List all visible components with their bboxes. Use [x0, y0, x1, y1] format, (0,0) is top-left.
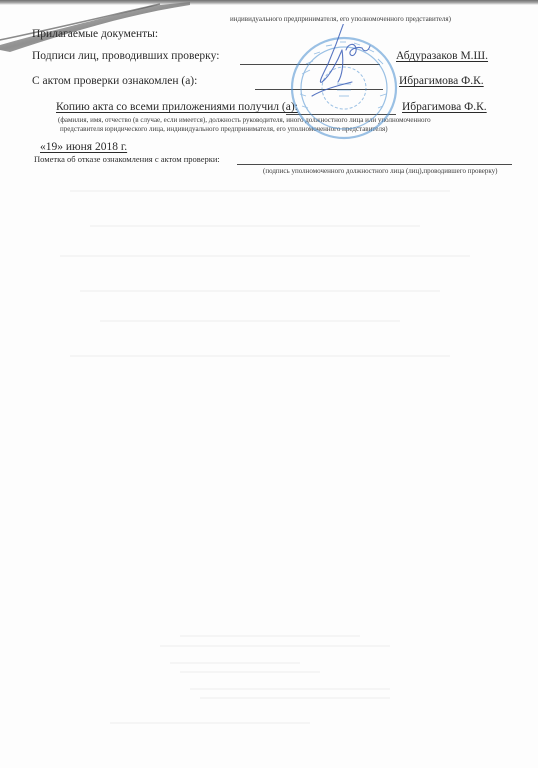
acquainted-name: Ибрагимова Ф.К.: [399, 75, 484, 87]
signature-line: [286, 114, 396, 115]
scan-top-edge: [0, 0, 538, 5]
acquainted-label: С актом проверки ознакомлен (а):: [32, 75, 197, 87]
header-caption: индивидуального предпринимателя, его упо…: [230, 15, 451, 23]
inspector-name: Абдуразаков М.Ш.: [396, 50, 488, 62]
refusal-caption: (подпись уполномоченного должностного ли…: [263, 167, 497, 175]
received-caption-line1: (фамилия, имя, отчество (в случае, если …: [58, 116, 431, 124]
received-caption-line2: представителя юридического лица, индивид…: [60, 125, 388, 133]
document-date: «19» июня 2018 г.: [40, 141, 127, 153]
received-copy-label: Копию акта со всеми приложениями получил…: [56, 101, 298, 113]
signature-line: [255, 89, 383, 90]
received-copy-name: Ибрагимова Ф.К.: [402, 101, 487, 113]
signature-line: [240, 64, 380, 65]
refusal-label: Пометка об отказе ознакомления с актом п…: [34, 154, 220, 164]
refusal-signature-line: [237, 164, 512, 165]
attached-documents-label: Прилагаемые документы:: [32, 28, 158, 40]
inspectors-signatures-label: Подписи лиц, проводивших проверку:: [32, 50, 219, 62]
scanned-document-page: индивидуального предпринимателя, его упо…: [0, 0, 538, 768]
scan-curl-shadow: [0, 2, 190, 52]
